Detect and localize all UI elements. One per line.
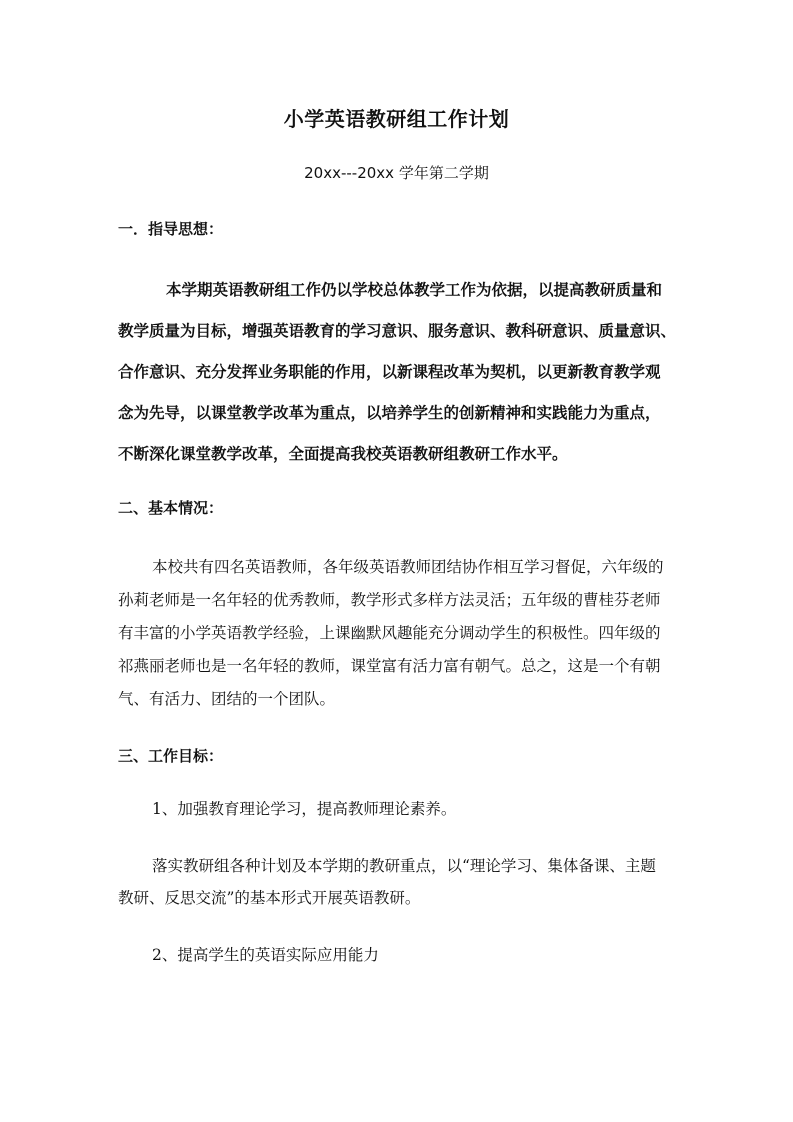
paragraph-line: 本校共有四名英语教师，各年级英语教师团结协作相互学习督促，六年级的: [152, 557, 664, 577]
paragraph-line: 不断深化课堂教学改革，全面提高我校英语教研组教研工作水平。: [118, 444, 568, 464]
paragraph-line: 有丰富的小学英语教学经验，上课幽默风趣能充分调动学生的积极性。四年级的: [118, 623, 661, 643]
document-subtitle: 20xx---20xx 学年第二学期: [0, 163, 793, 183]
section-heading-basic-situation: 二、基本情况：: [118, 498, 223, 518]
paragraph-line: 教研、反思交流”的基本形式开展英语教研。: [118, 888, 420, 908]
paragraph-line: 祁燕丽老师也是一名年轻的教师，课堂富有活力富有朝气。总之，这是一个有朝: [118, 656, 661, 676]
paragraph-line: 孙莉老师是一名年轻的优秀教师，教学形式多样方法灵活；五年级的曹桂芬老师: [118, 590, 661, 610]
section-heading-work-goals: 三、工作目标：: [118, 746, 223, 766]
paragraph-line: 念为先导，以课堂教学改革为重点，以培养学生的创新精神和实践能力为重点，: [118, 403, 661, 423]
paragraph-line: 气、有活力、团结的一个团队。: [118, 689, 335, 709]
document-title: 小学英语教研组工作计划: [0, 106, 793, 132]
paragraph-line: 合作意识、充分发挥业务职能的作用，以新课程改革为契机，以更新教育教学观: [118, 362, 661, 382]
section-heading-guiding-thought: 一．指导思想：: [118, 219, 223, 239]
goal-item: 1、加强教育理论学习，提高教师理论素养。: [152, 799, 456, 819]
goal-item: 2、提高学生的英语实际应用能力: [152, 945, 379, 965]
paragraph-line: 教学质量为目标，增强英语教育的学习意识、服务意识、教科研意识、质量意识、: [118, 321, 676, 341]
paragraph-line: 本学期英语教研组工作仍以学校总体教学工作为依据，以提高教研质量和: [166, 280, 662, 300]
paragraph-line: 落实教研组各种计划及本学期的教研重点，以“理论学习、集体备课、主题: [152, 856, 656, 876]
document-page: 小学英语教研组工作计划 20xx---20xx 学年第二学期 一．指导思想： 本…: [0, 0, 793, 1122]
